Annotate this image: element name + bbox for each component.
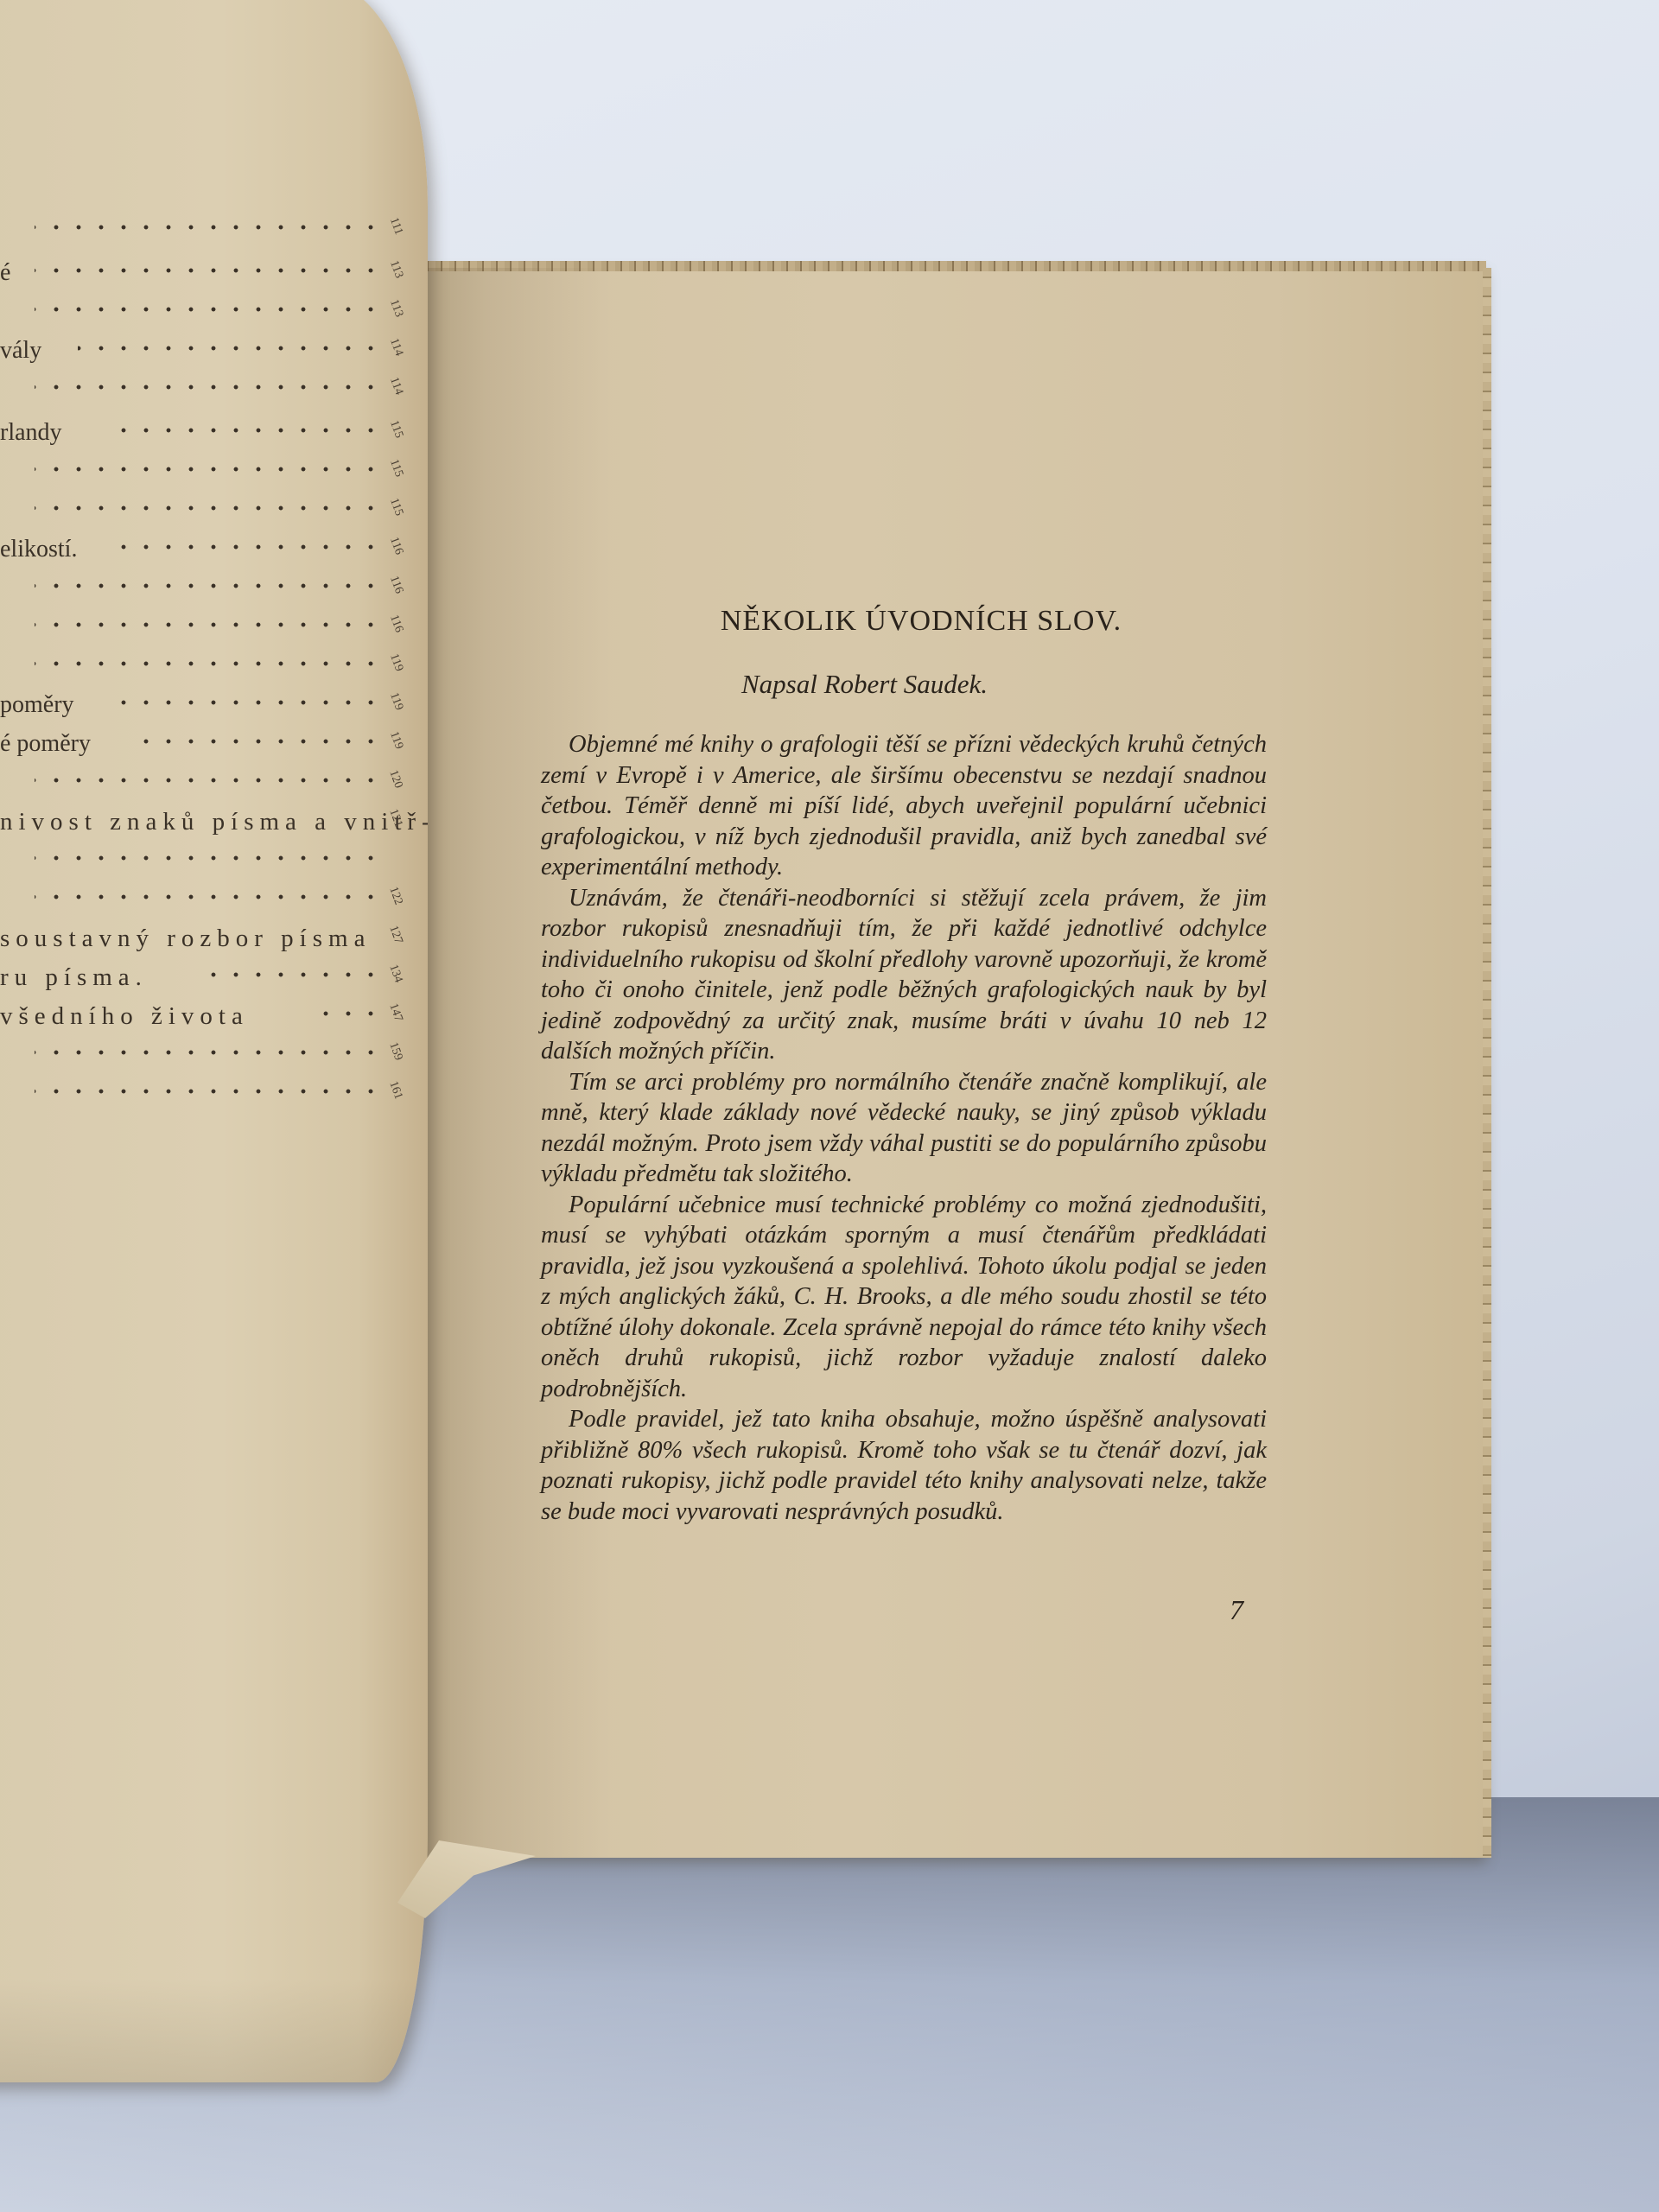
page-block-fore-edge bbox=[1483, 268, 1491, 1858]
toc-entry: soustavný rozbor písma127 bbox=[0, 925, 406, 959]
toc-entry: 113 bbox=[0, 298, 406, 333]
toc-entry bbox=[0, 847, 406, 881]
toc-entry: 161 bbox=[0, 1080, 406, 1115]
page-number: 7 bbox=[1230, 1594, 1243, 1626]
body-text: Objemné mé knihy o grafologii těší se př… bbox=[541, 729, 1267, 1527]
toc-entry: é poměry119 bbox=[0, 730, 406, 765]
toc-entry: 122 bbox=[0, 886, 406, 920]
toc-entry: poměry119 bbox=[0, 691, 406, 726]
toc-entry: vály114 bbox=[0, 337, 406, 372]
page-content: NĚKOLIK ÚVODNÍCH SLOV. Napsal Robert Sau… bbox=[541, 605, 1267, 1527]
toc-entry: 115 bbox=[0, 458, 406, 493]
paragraph: Podle pravidel, jež tato kniha obsahuje,… bbox=[541, 1404, 1267, 1527]
toc-entry: 116 bbox=[0, 575, 406, 609]
toc-entry: 120 bbox=[0, 769, 406, 804]
toc-entry: rlandy115 bbox=[0, 419, 406, 454]
paragraph: Populární učebnice musí technické problé… bbox=[541, 1190, 1267, 1405]
toc-entry: 111 bbox=[0, 216, 406, 251]
toc-entry: všedního života147 bbox=[0, 1002, 406, 1037]
toc-entry: 119 bbox=[0, 652, 406, 687]
toc-entry: elikostí.116 bbox=[0, 536, 406, 570]
paragraph: Uznávám, že čtenáři-neodborníci si stěžu… bbox=[541, 883, 1267, 1067]
paragraph: Tím se arci problémy pro normálního čten… bbox=[541, 1067, 1267, 1190]
right-page: NĚKOLIK ÚVODNÍCH SLOV. Napsal Robert Sau… bbox=[422, 268, 1486, 1858]
toc-entry: 115 bbox=[0, 497, 406, 531]
left-page: 111 é113 113 vály114 114 rlandy115 115 1… bbox=[0, 0, 428, 2082]
chapter-title: NĚKOLIK ÚVODNÍCH SLOV. bbox=[575, 605, 1267, 638]
author-byline: Napsal Robert Saudek. bbox=[741, 669, 1267, 700]
paragraph: Objemné mé knihy o grafologii těší se př… bbox=[541, 729, 1267, 883]
page-curl-shadow bbox=[0, 1979, 428, 2082]
toc-entry: nivost znaků písma a vnitř-121 bbox=[0, 808, 406, 842]
toc-entry: é113 bbox=[0, 259, 406, 294]
toc-entry: 116 bbox=[0, 613, 406, 648]
toc-entry: 159 bbox=[0, 1041, 406, 1076]
toc-entry: 114 bbox=[0, 376, 406, 410]
toc-entry: ru písma.134 bbox=[0, 963, 406, 998]
